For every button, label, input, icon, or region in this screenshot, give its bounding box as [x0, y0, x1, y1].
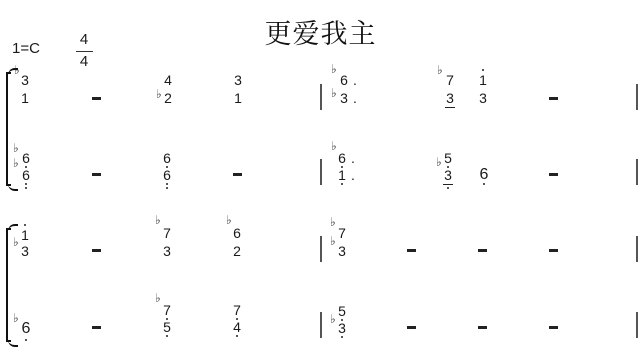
note-digit: 6: [480, 166, 489, 183]
note-digit: 5: [444, 150, 452, 166]
octave-dot-low: [236, 335, 238, 337]
brace-hook-bottom: [8, 340, 18, 347]
note: 7: [161, 226, 173, 240]
note: 6: [231, 226, 243, 240]
note: 6.: [336, 151, 348, 165]
note: 7: [336, 226, 348, 240]
dash-sustain: [478, 326, 487, 329]
note-digit: 3: [446, 90, 454, 106]
system-brace: [6, 72, 11, 186]
note-digit: 6: [22, 167, 30, 183]
barline: [320, 312, 322, 338]
key-signature: 1=C: [12, 40, 40, 57]
note-digit: 5: [163, 319, 171, 335]
octave-dot-low: [341, 183, 343, 185]
underline-eighth: [445, 107, 455, 108]
octave-dot-low: [166, 187, 168, 189]
note: 5: [442, 151, 454, 165]
note-digit: 3: [444, 167, 452, 183]
note: 4: [231, 320, 243, 334]
barline: [636, 236, 638, 262]
note: 5: [336, 304, 348, 318]
system-brace: [6, 228, 11, 342]
dash-sustain: [478, 249, 487, 252]
note: 1: [477, 73, 489, 87]
flat-icon: ♭: [13, 236, 19, 248]
note-digit: 6: [338, 150, 346, 166]
note: 6.: [338, 73, 350, 87]
flat-icon: ♭: [437, 64, 443, 76]
octave-dot-low: [25, 339, 27, 341]
octave-dot-low: [447, 187, 449, 189]
note: 6: [161, 151, 173, 165]
flat-icon: ♭: [13, 312, 19, 324]
dash-sustain: [92, 97, 101, 100]
octave-dot-low: [483, 183, 485, 185]
octave-dot-low: [25, 183, 27, 185]
dash-sustain: [549, 97, 558, 100]
augmentation-dot: .: [353, 73, 357, 87]
flat-icon: ♭: [156, 88, 162, 100]
note: 3: [19, 73, 31, 87]
note: 1.: [336, 168, 348, 182]
time-signature-bottom: 4: [75, 53, 93, 70]
dash-sustain: [407, 249, 416, 252]
note-digit: 6: [22, 320, 31, 337]
note: 3: [336, 244, 348, 258]
note-digit: 1: [21, 227, 29, 243]
dash-sustain: [92, 173, 101, 176]
note-digit: 1: [479, 72, 487, 88]
note: 6: [161, 168, 173, 182]
augmentation-dot: .: [353, 91, 357, 105]
note: 6: [20, 322, 32, 336]
note: 3: [336, 321, 348, 335]
brace-hook-bottom: [8, 184, 18, 191]
note-digit: 5: [338, 303, 346, 319]
note: 3: [477, 91, 489, 105]
dash-sustain: [92, 249, 101, 252]
flat-icon: ♭: [13, 142, 19, 154]
flat-icon: ♭: [155, 214, 161, 226]
octave-dot-high: [482, 69, 484, 71]
note: 2: [162, 91, 174, 105]
note: 3.: [338, 91, 350, 105]
dash-sustain: [549, 173, 558, 176]
barline: [636, 159, 638, 185]
note: 7: [231, 303, 243, 317]
note: 3: [19, 244, 31, 258]
note: 4: [162, 73, 174, 87]
note-digit: 7: [163, 302, 171, 318]
octave-dot-low: [341, 336, 343, 338]
note-digit: 3: [338, 320, 346, 336]
flat-icon: ♭: [330, 313, 336, 325]
note-digit: 4: [233, 319, 241, 335]
octave-dot-high: [24, 224, 26, 226]
note: 2: [231, 244, 243, 258]
note-digit: 6: [22, 150, 30, 166]
underline-eighth: [443, 184, 453, 185]
flat-icon: ♭: [331, 63, 337, 75]
octave-dot-low: [166, 335, 168, 337]
flat-icon: ♭: [330, 235, 336, 247]
dash-sustain: [549, 249, 558, 252]
flat-icon: ♭: [13, 157, 19, 169]
flat-icon: ♭: [330, 216, 336, 228]
dash-sustain: [92, 326, 101, 329]
note-digit: 3: [340, 90, 348, 106]
note: 5: [161, 320, 173, 334]
time-signature-top: 4: [75, 31, 93, 48]
note: 3: [442, 168, 454, 182]
flat-icon: ♭: [155, 292, 161, 304]
note: 6: [20, 151, 32, 165]
dash-sustain: [549, 326, 558, 329]
flat-icon: ♭: [331, 87, 337, 99]
barline: [320, 159, 322, 185]
barline: [636, 312, 638, 338]
flat-icon: ♭: [226, 214, 232, 226]
dash-sustain: [233, 173, 242, 176]
note: 1: [19, 91, 31, 105]
note-digit: 1: [338, 167, 346, 183]
note: 7: [444, 73, 456, 87]
score-title: 更爱我主: [0, 12, 641, 51]
note-digit: 6: [163, 167, 171, 183]
note: 3: [232, 73, 244, 87]
time-signature-divider: [76, 51, 93, 52]
note: 1: [19, 228, 31, 242]
note: 1: [232, 91, 244, 105]
note: 3: [444, 91, 456, 105]
augmentation-dot: .: [351, 151, 355, 165]
flat-icon: ♭: [436, 156, 442, 168]
barline: [320, 84, 322, 110]
octave-dot-low: [25, 187, 27, 189]
note-digit: 6: [340, 72, 348, 88]
barline: [636, 84, 638, 110]
note-digit: 6: [163, 150, 171, 166]
dash-sustain: [407, 326, 416, 329]
octave-dot-low: [166, 183, 168, 185]
augmentation-dot: .: [351, 168, 355, 182]
brace-hook-top: [8, 224, 18, 231]
note: 6: [478, 168, 490, 182]
note-digit: 7: [233, 302, 241, 318]
note: 3: [161, 244, 173, 258]
note: 6: [20, 168, 32, 182]
note: 7: [161, 303, 173, 317]
barline: [320, 236, 322, 262]
